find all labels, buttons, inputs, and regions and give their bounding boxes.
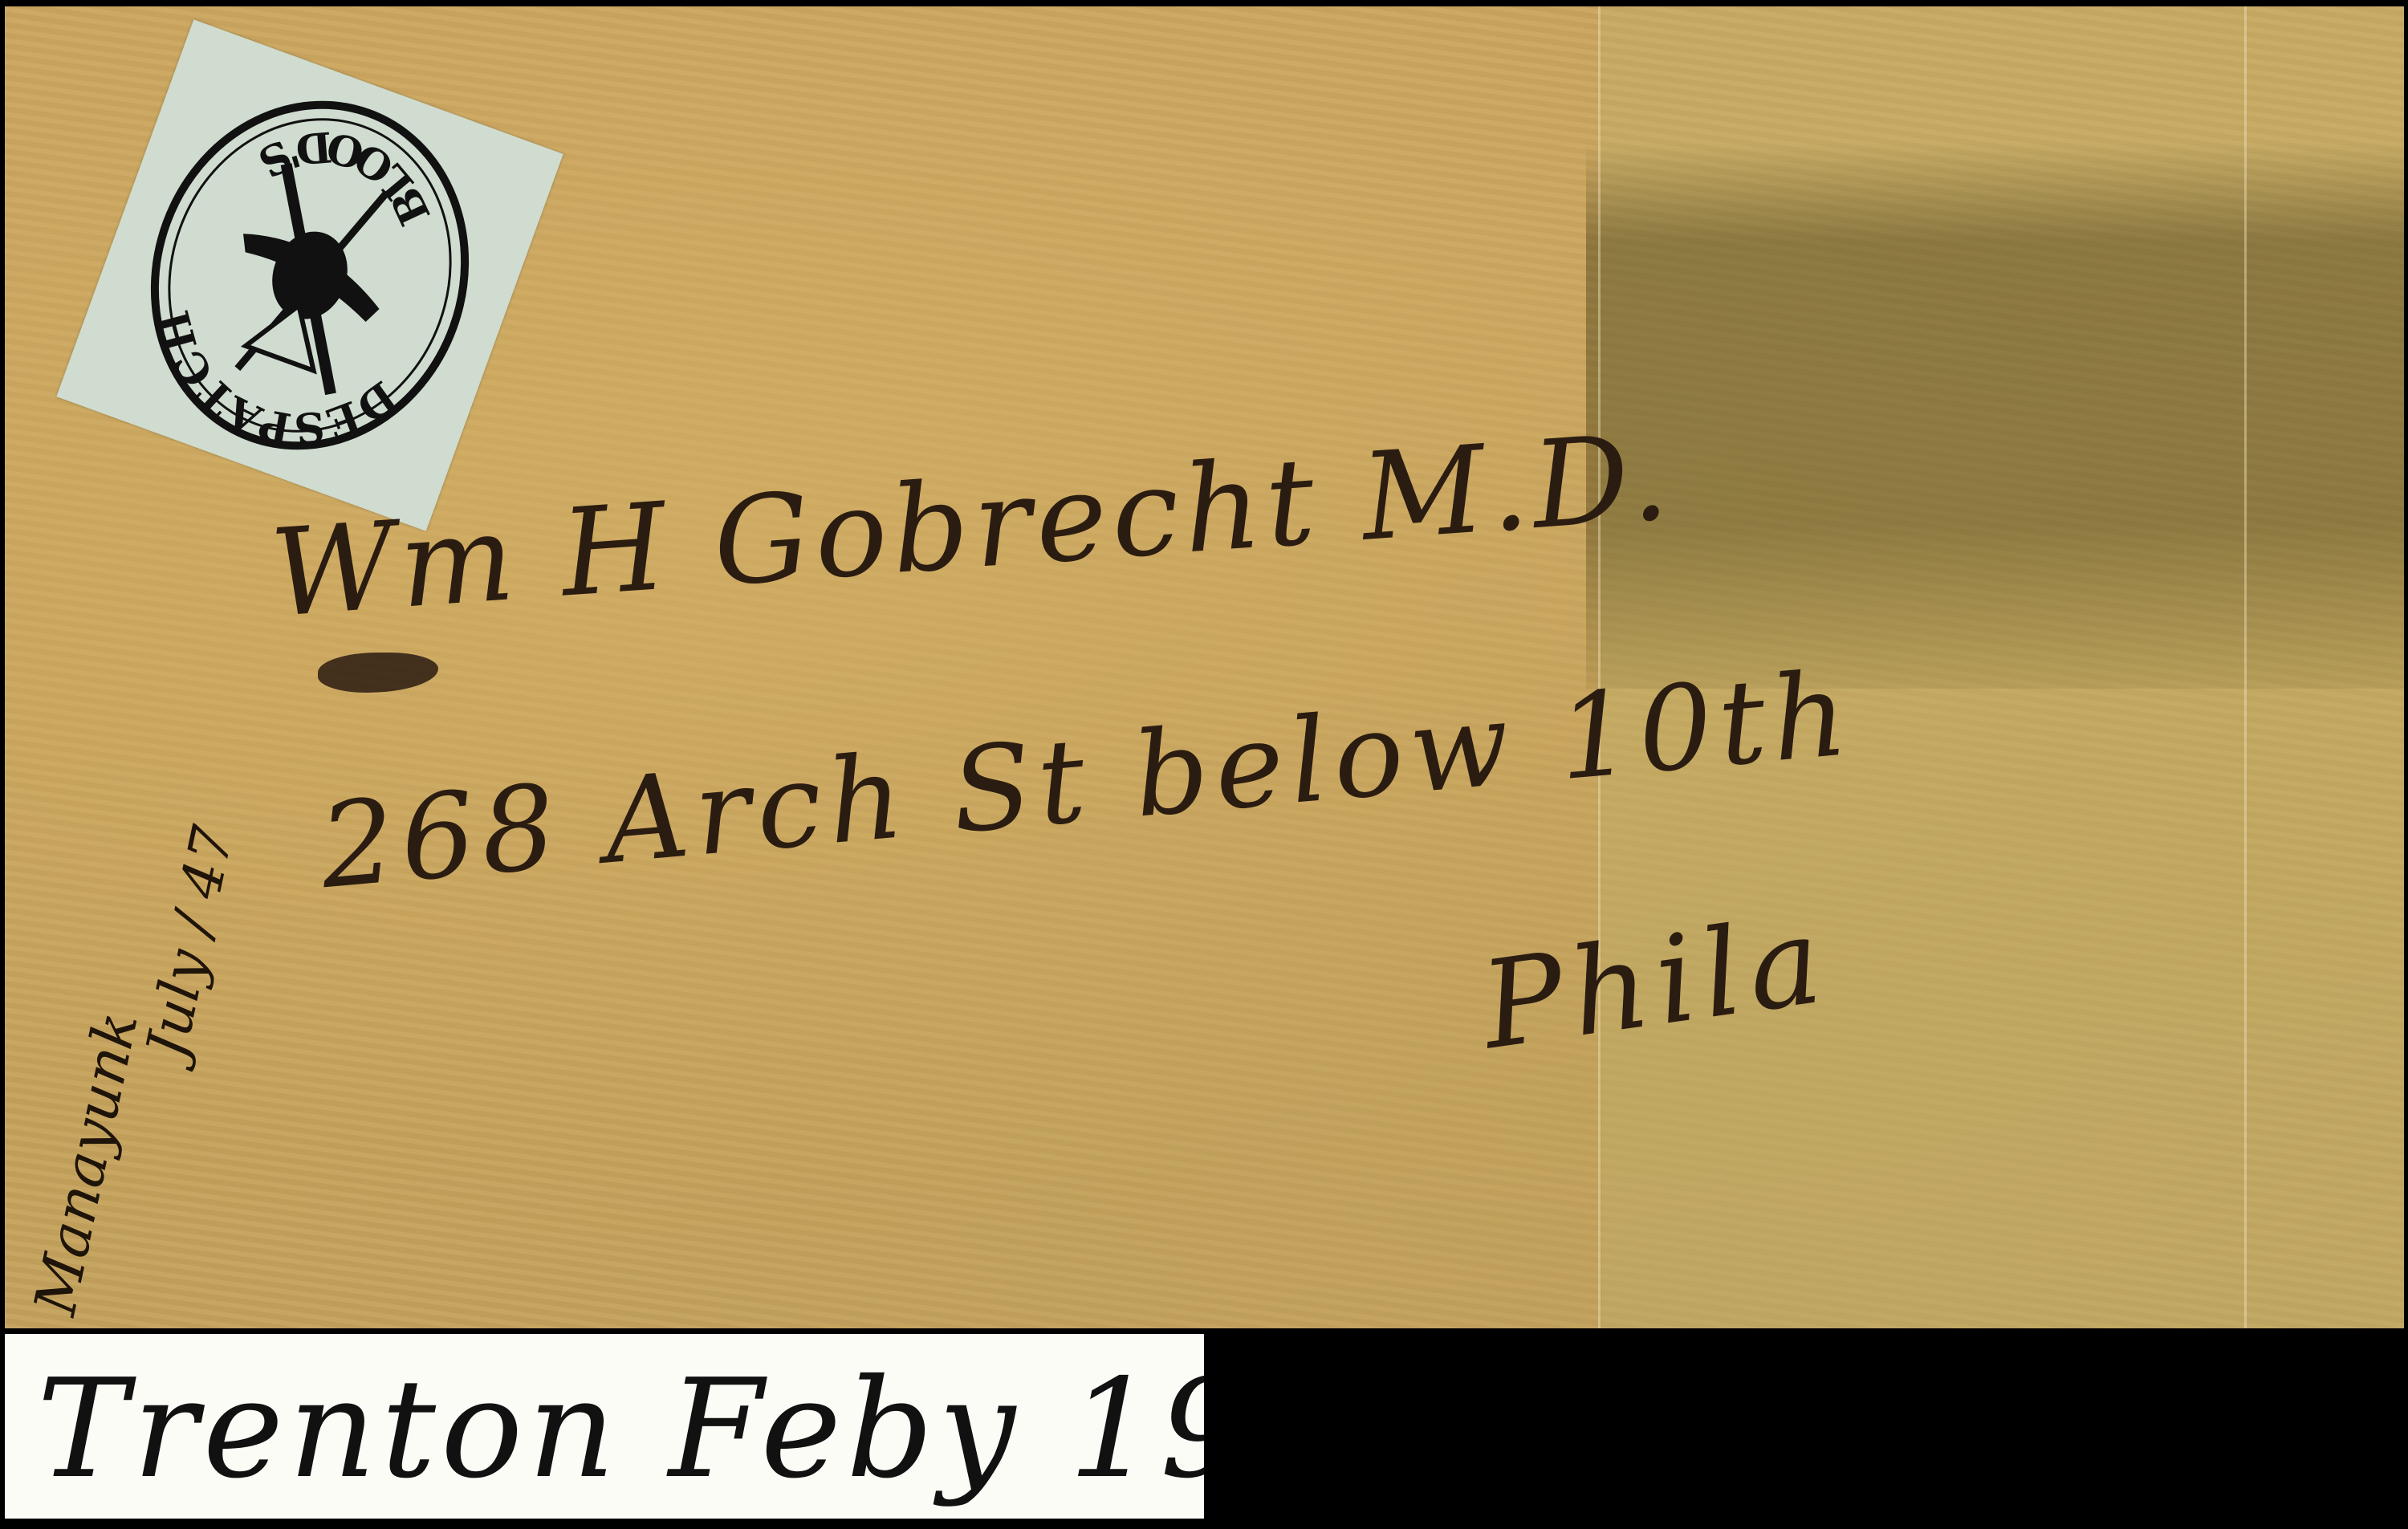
ink-blot xyxy=(318,653,438,693)
docket-note-1: Manayunk xyxy=(21,1006,151,1320)
docket-note-2: July / 47 xyxy=(133,820,246,1063)
fold-line xyxy=(2244,6,2247,1328)
stamp-design-icon: DESPATCH BLOOD'S xyxy=(56,19,563,531)
svg-text:DESPATCH: DESPATCH xyxy=(120,291,414,490)
envelope-shadow-panel xyxy=(1586,143,2404,689)
envelope-cover: DESPATCH BLOOD'S Wm H Gobrecht M.D. 268 … xyxy=(5,6,2404,1328)
background-fill xyxy=(1204,1328,2408,1529)
address-line-1: Wm H Gobrecht M.D. xyxy=(266,407,1678,645)
dateline-inset: Trenton Feby 19th 1849 xyxy=(5,1334,1204,1519)
bloods-despatch-stamp: DESPATCH BLOOD'S xyxy=(56,19,563,531)
